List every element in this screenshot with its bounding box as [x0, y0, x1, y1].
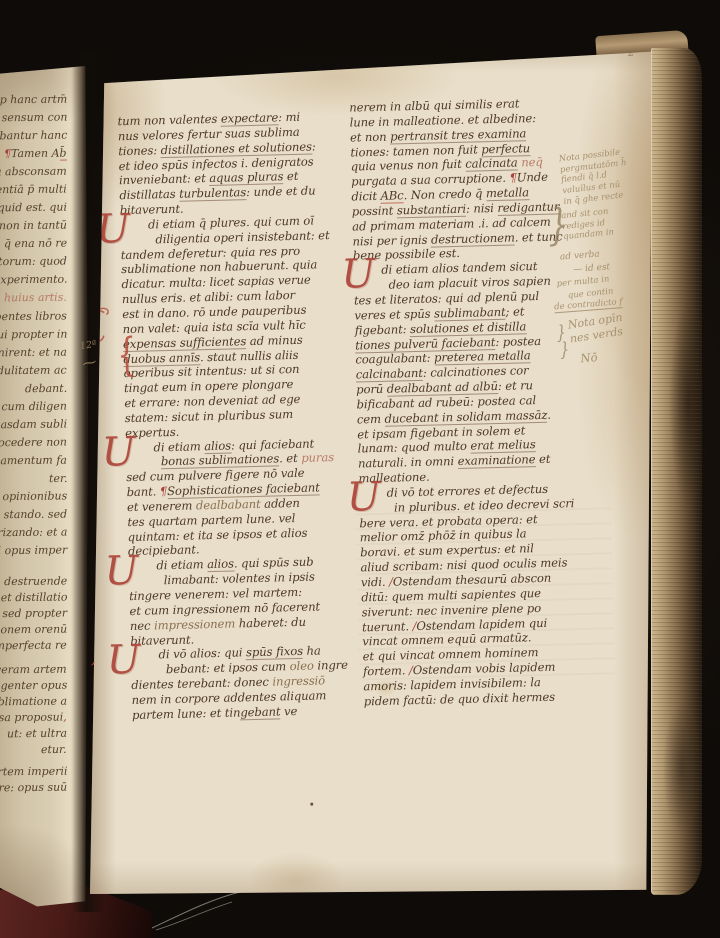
text-segment: inveniebant: et: [119, 171, 210, 187]
brace-mark: }: [548, 199, 570, 251]
text-segment: tum non valentes: [117, 112, 221, 129]
facing-page-line: secundi opus imper: [0, 543, 67, 557]
text-segment: bant: sed propter: [0, 606, 67, 620]
text-segment: nes et distillatio: [0, 591, 67, 605]
drop-cap-initial: U: [101, 434, 146, 469]
facing-page-line: ios: qui destruende: [0, 574, 67, 588]
facing-page-line: sup hanc artm̄: [0, 93, 67, 107]
text-segment: di etiam: [156, 557, 207, 572]
text-segment: res habentes libros: [0, 309, 67, 323]
text-segment: mūs sensum con: [0, 111, 67, 125]
facing-page-line: debant.: [25, 382, 67, 395]
drop-cap-initial: U: [104, 553, 149, 588]
text-segment: on: q̄ ena nō re: [0, 237, 67, 251]
ink-bleedthrough: [355, 506, 615, 680]
text-segment: sup hanc artm̄: [0, 93, 67, 107]
text-segment: di vō alios: qui: [158, 646, 246, 662]
facing-page-line: discretorum: quod: [0, 254, 67, 268]
text-segment: ha: [303, 644, 321, 658]
text-segment: ut non in tantū: [0, 219, 67, 233]
facing-page-line: mūs sensum con: [0, 111, 67, 125]
text-segment: ad minus: [246, 332, 303, 347]
text-segment: ¶: [160, 484, 168, 498]
facing-page-line: oni stando. sed: [0, 508, 67, 522]
text-segment: : unde et du: [246, 184, 316, 200]
text-segment: credulitatem ac: [0, 364, 67, 378]
text-segment: calcinata: [465, 156, 518, 172]
facing-page-line: res habentes libros: [0, 309, 67, 323]
text-segment: neq̄: [521, 155, 543, 170]
text-segment: possint: [352, 203, 397, 218]
text-segment: huius artis.: [4, 291, 67, 305]
binding-threads: [148, 886, 258, 932]
facing-page-line: sententiā p̄ multi: [0, 183, 67, 197]
text-segment: experimento.: [0, 273, 67, 287]
text-segment: gebant: [240, 704, 281, 720]
drop-cap-initial: U: [341, 257, 386, 292]
text-segment: are: opus suū: [0, 781, 67, 795]
text-segment: Tamen A: [11, 147, 60, 161]
text-segment: veram artem: [0, 663, 67, 677]
text-segment: puras: [301, 450, 334, 465]
text-segment: qui propter in: [0, 328, 67, 342]
ink-fleck: [310, 803, 313, 806]
facing-page-line: on: q̄ ena nō re: [0, 237, 67, 251]
drop-cap-initial: U: [346, 480, 391, 515]
text-segment: expectare: [221, 110, 279, 126]
facing-page-line: nes et distillatio: [0, 591, 67, 605]
text-segment: tiones:: [118, 143, 161, 158]
text-segment: . et: [279, 451, 301, 466]
text-segment: turbulentas: [179, 185, 246, 202]
book-fore-edge: [651, 48, 702, 895]
facing-page-line: nis procedere non: [0, 435, 67, 449]
text-segment: pulverizando: et a: [0, 525, 67, 539]
facing-page-line: am cum diligen: [0, 400, 67, 414]
text-segment: ut: et ultra: [7, 727, 67, 741]
text-segment: nis procedere non: [0, 435, 67, 449]
facing-page-line: pulverizando: et a: [0, 525, 67, 539]
facing-page-line: erant in opinionibus: [0, 489, 67, 503]
text-segment: ationem orenū: [0, 623, 67, 637]
text-segment: ingressiō: [272, 673, 325, 688]
text-segment: : postea: [495, 333, 541, 348]
text-segment: haberet: du: [235, 614, 306, 630]
text-segment: . qui spūs sub: [234, 555, 314, 571]
text-segment: et: [535, 452, 550, 466]
text-segment: alios: [204, 438, 231, 454]
facing-page-line: veram artem: [0, 663, 67, 677]
facing-page-line: ebantur hanc: [0, 129, 67, 143]
text-segment: oni stando. sed: [0, 508, 67, 522]
facing-page-line: am. ¶Tamen Ab̄: [0, 147, 67, 161]
text-segment: alios: [207, 557, 234, 573]
text-column-left: tum non valentes expectare: minus velore…: [117, 109, 354, 723]
text-segment: ita absconsam: [0, 165, 67, 179]
marginal-note-line: Nō: [580, 350, 598, 366]
text-segment: etur.: [41, 743, 67, 756]
drop-cap-initial: U: [96, 212, 141, 247]
text-segment: : et ru: [498, 378, 533, 393]
text-segment: et: [283, 169, 298, 183]
page-content: 2 tum non valentes expectare: minus velo…: [76, 37, 667, 901]
text-segment: artem imperii: [0, 765, 67, 779]
text-segment: venirent: et na: [0, 346, 67, 360]
text-segment: aliquid est. qui: [0, 201, 67, 215]
text-segment: secundi opus imper: [0, 543, 67, 557]
text-segment: e imperfecta re: [0, 639, 67, 653]
text-segment: impressionem: [154, 616, 236, 632]
facing-page-line: etur.: [41, 743, 67, 756]
text-segment: am cum diligen: [0, 400, 67, 414]
facing-page-line: ationem orenū: [0, 623, 67, 637]
text-segment: destructionem: [431, 230, 515, 247]
text-segment: examinatione: [457, 452, 535, 469]
marginal-note: ad verba: [560, 249, 601, 263]
text-segment: ad verba: [560, 249, 600, 262]
text-segment: statem: sicut in pluribus sum: [125, 407, 294, 425]
drop-cap-initial: U: [106, 642, 151, 677]
text-segment: metalla: [486, 185, 529, 201]
text-segment: partem lune: et tin: [132, 705, 241, 722]
facing-page-line: artem imperii: [0, 765, 67, 779]
marginal-note: Nō: [580, 350, 598, 366]
text-segment: et quasdam subli: [0, 418, 67, 432]
text-segment: spūs fixos: [246, 644, 303, 660]
text-segment: ios: qui destruende: [0, 574, 67, 588]
facing-page-line: venirent: et na: [0, 346, 67, 360]
facing-page-line: ut non in tantū: [0, 219, 67, 233]
facing-page-line: fundamentum fa: [0, 454, 67, 468]
text-segment: et venerem: [127, 498, 196, 514]
text-segment: :: [312, 139, 316, 153]
text-segment: : qui faciebant: [231, 436, 314, 452]
text-segment: distillatas: [119, 187, 179, 202]
manuscript-recto-page: 2 tum non valentes expectare: minus velo…: [86, 44, 656, 894]
text-segment: ABc: [380, 188, 403, 204]
text-segment: . Non credo q̄: [403, 186, 486, 202]
text-segment: b̄: [60, 147, 67, 161]
facing-page-line: experimento.: [0, 273, 67, 287]
text-segment: veres et spūs: [354, 306, 434, 322]
marginal-note-line: ad verba: [560, 249, 601, 263]
text-segment: — id est: [573, 262, 611, 275]
facing-page-line: ita absconsam: [0, 165, 67, 179]
text-segment: porū: [356, 382, 387, 397]
text-segment: .: [547, 407, 551, 421]
text-segment: ingre: [314, 658, 348, 673]
text-segment: bant.: [126, 484, 160, 499]
text-segment: debant.: [25, 382, 67, 395]
text-segment: : calcinationes cor: [423, 363, 529, 380]
facing-page-line: et quasdam subli: [0, 418, 67, 432]
text-segment: nec: [130, 618, 154, 633]
text-segment: . staut nullis aliis: [200, 347, 299, 363]
facing-page-line: are: opus suū: [0, 781, 67, 795]
text-segment: fundamentum fa: [0, 454, 67, 468]
text-segment: dicit: [351, 189, 380, 204]
text-segment: oleo: [290, 659, 314, 674]
manuscript-photo-page: { "photo": { "gutter_note": "12ª", "gutt…: [0, 0, 720, 938]
text-segment: ,: [63, 710, 67, 723]
text-segment: coagulabant:: [355, 351, 434, 367]
facing-page-line: bant: sed propter: [0, 606, 67, 620]
facing-page-line: qui propter in: [0, 328, 67, 342]
text-segment: Nō: [580, 350, 598, 365]
text-segment: sublimabant: [434, 305, 506, 322]
text-segment: ; et: [505, 304, 524, 318]
text-segment: diligenter opus: [0, 679, 67, 693]
text-segment: Unde: [517, 170, 548, 185]
text-segment: : mi: [278, 110, 300, 125]
text-segment: ebantur hanc: [0, 129, 67, 143]
text-segment: ter.: [48, 472, 67, 485]
text-segment: naturali. in omni: [358, 454, 458, 470]
facing-page-line: huius artis.: [4, 291, 67, 305]
text-segment: ve: [280, 704, 297, 718]
text-segment: opus vasa proposui: [0, 710, 64, 724]
text-segment: et non: [350, 129, 390, 144]
text-segment: dealbabant: [196, 497, 261, 513]
text-segment: cem: [357, 411, 385, 426]
facing-page-line: credulitatem ac: [0, 364, 67, 378]
facing-page-line: e imperfecta re: [0, 639, 67, 653]
red-bracket-mark: {: [117, 329, 137, 382]
facing-page-line: diligenter opus: [0, 679, 67, 693]
facing-page-line: opus vasa proposui,: [0, 710, 67, 724]
text-segment: nisi per ignis: [352, 232, 431, 248]
facing-page-line: aliquid est. qui: [0, 201, 67, 215]
text-segment: adden: [260, 496, 300, 511]
marginal-note: Nota possibilepergmutatōm h̄fiendi q̄ l.…: [558, 147, 630, 207]
text-segment: sublimatione a: [0, 695, 67, 709]
facing-page-line: ut: et ultra: [7, 727, 67, 741]
text-segment: di etiam: [153, 439, 204, 454]
text-segment: discretorum: quod: [0, 254, 67, 268]
text-segment: sententiā p̄ multi: [0, 183, 67, 197]
text-segment: : nisi: [466, 201, 498, 216]
photo-backdrop: sup hanc artm̄mūs sensum conebantur hanc…: [0, 0, 720, 938]
text-segment: erant in opinionibus: [0, 489, 67, 503]
text-segment: figebant:: [355, 322, 411, 337]
facing-page-line: ter.: [48, 472, 67, 485]
brace-mark: }: [560, 339, 569, 361]
facing-page-line: sublimatione a: [0, 695, 67, 709]
